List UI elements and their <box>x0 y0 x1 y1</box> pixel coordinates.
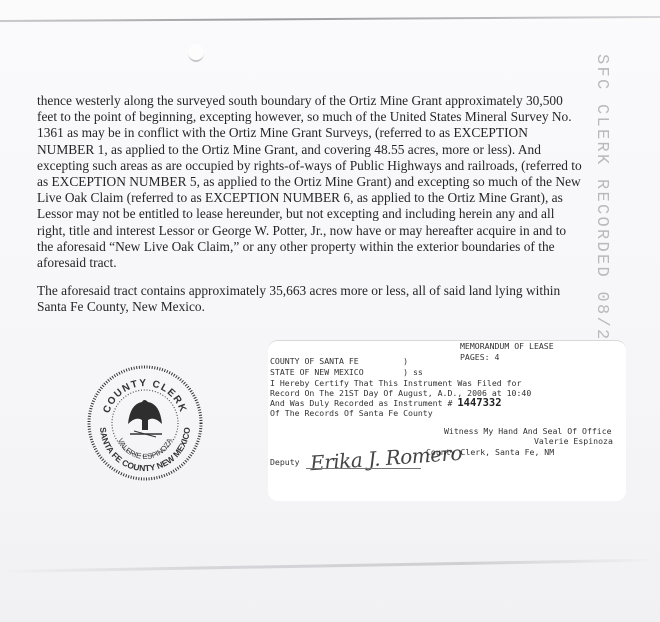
state-line: STATE OF NEW MEXICO ) ss <box>270 367 423 377</box>
punch-hole <box>188 44 204 62</box>
certify-line-4: Of The Records Of Santa Fe County <box>270 408 433 418</box>
certify-line-1: I Hereby Certify That This Instrument Wa… <box>270 378 521 388</box>
county-line: COUNTY OF SANTA FE ) <box>270 356 408 366</box>
deputy-label: Deputy <box>270 457 300 467</box>
pages-label: PAGES: 4 <box>460 352 499 362</box>
seal-icon: COUNTY CLERK VALERIE ESPINOZA SANTA FE C… <box>86 364 204 482</box>
legal-description-paragraph: thence westerly along the surveyed south… <box>37 93 582 271</box>
instrument-number: 1447332 <box>457 397 501 409</box>
instrument-label: And Was Duly Recorded as Instrument # <box>270 398 457 408</box>
county-clerk-seal: COUNTY CLERK VALERIE ESPINOZA SANTA FE C… <box>86 364 204 482</box>
document-body: thence westerly along the surveyed south… <box>37 93 582 328</box>
acreage-paragraph: The aforesaid tract contains approximate… <box>37 283 582 315</box>
doc-type-label: MEMORANDUM OF LEASE <box>460 341 554 351</box>
recording-certificate: MEMORANDUM OF LEASE PAGES: 4 COUNTY OF S… <box>268 340 626 501</box>
signature-line <box>306 468 421 469</box>
deputy-signature: Erika J. Romero <box>309 441 462 476</box>
witness-line: Witness My Hand And Seal Of Office <box>444 426 612 436</box>
clerk-title: County Clerk, Santa Fe, NM <box>426 447 554 457</box>
clerk-name: Valerie Espinoza <box>534 436 613 446</box>
